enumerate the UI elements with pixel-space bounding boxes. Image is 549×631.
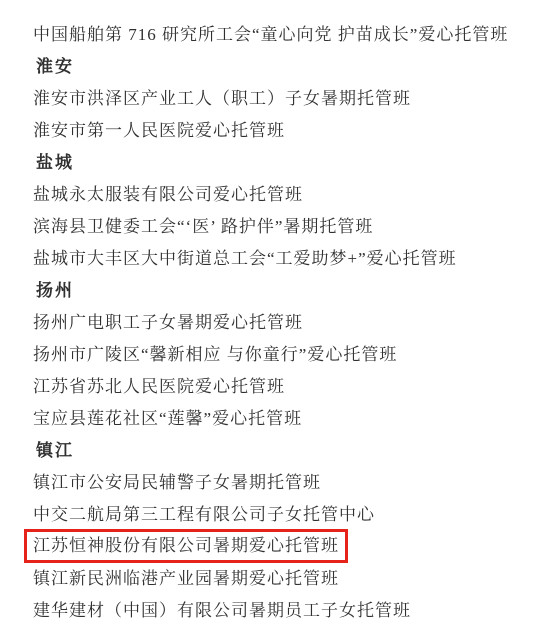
line-text: 中国船舶第 716 研究所工会“童心向党 护苗成长”爱心托管班 [33, 26, 508, 43]
line-text: 扬州市广陵区“馨新相应 与你童行”爱心托管班 [33, 346, 397, 363]
line-text: 扬州 [36, 282, 74, 299]
list-item: 淮安市洪泽区产业工人（职工）子女暑期托管班 [33, 82, 539, 114]
line-text: 淮安市第一人民医院爱心托管班 [33, 122, 285, 139]
list-item: 盐城永太服装有限公司爱心托管班 [33, 178, 539, 210]
list-item: 盐城市大丰区大中街道总工会“工爱助梦+”爱心托管班 [33, 242, 539, 274]
line-text: 盐城 [36, 154, 74, 171]
list-item: 镇江新民洲临港产业园暑期爱心托管班 [33, 562, 539, 594]
line-text: 扬州广电职工子女暑期爱心托管班 [33, 314, 303, 331]
list-item: 镇江市公安局民辅警子女暑期托管班 [33, 466, 539, 498]
line-text: 建华建材（中国）有限公司暑期员工子女托管班 [33, 602, 411, 619]
list-item: 扬州广电职工子女暑期爱心托管班 [33, 306, 539, 338]
line-text: 淮安 [36, 58, 74, 75]
line-text: 中交二航局第三工程有限公司子女托管中心 [33, 506, 375, 523]
line-text: 镇江市公安局民辅警子女暑期托管班 [33, 474, 321, 491]
document-body: 中国船舶第 716 研究所工会“童心向党 护苗成长”爱心托管班 淮安 淮安市洪泽… [33, 18, 539, 626]
city-heading: 扬州 [33, 274, 539, 306]
highlighted-list-item: 江苏恒神股份有限公司暑期爱心托管班 [33, 530, 539, 562]
line-text: 宝应县莲花社区“莲馨”爱心托管班 [33, 410, 302, 427]
city-heading: 淮安 [33, 50, 539, 82]
list-item: 中国船舶第 716 研究所工会“童心向党 护苗成长”爱心托管班 [33, 18, 539, 50]
line-text: 镇江 [36, 442, 74, 459]
list-item: 江苏省苏北人民医院爱心托管班 [33, 370, 539, 402]
line-text: 盐城永太服装有限公司爱心托管班 [33, 186, 303, 203]
list-item: 滨海县卫健委工会“‘医’ 路护伴”暑期托管班 [33, 210, 539, 242]
city-heading: 盐城 [33, 146, 539, 178]
list-item: 淮安市第一人民医院爱心托管班 [33, 114, 539, 146]
line-text: 淮安市洪泽区产业工人（职工）子女暑期托管班 [33, 90, 411, 107]
line-text: 滨海县卫健委工会“‘医’ 路护伴”暑期托管班 [33, 218, 373, 235]
list-item: 建华建材（中国）有限公司暑期员工子女托管班 [33, 594, 539, 626]
line-text: 盐城市大丰区大中街道总工会“工爱助梦+”爱心托管班 [33, 250, 457, 267]
list-item: 中交二航局第三工程有限公司子女托管中心 [33, 498, 539, 530]
document-page: 中国船舶第 716 研究所工会“童心向党 护苗成长”爱心托管班 淮安 淮安市洪泽… [0, 0, 549, 631]
line-text: 镇江新民洲临港产业园暑期爱心托管班 [33, 570, 339, 587]
list-item: 扬州市广陵区“馨新相应 与你童行”爱心托管班 [33, 338, 539, 370]
highlighted-line-text: 江苏恒神股份有限公司暑期爱心托管班 [24, 529, 348, 563]
line-text: 江苏省苏北人民医院爱心托管班 [33, 378, 285, 395]
city-heading: 镇江 [33, 434, 539, 466]
list-item: 宝应县莲花社区“莲馨”爱心托管班 [33, 402, 539, 434]
